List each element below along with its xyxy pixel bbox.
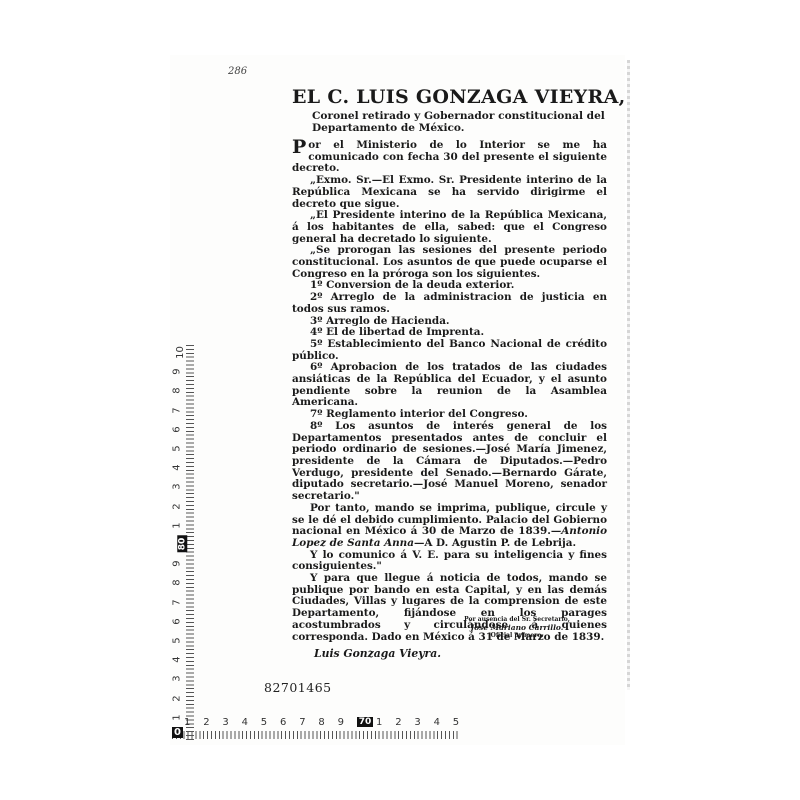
subtitle-line: Departamento de México. bbox=[312, 122, 607, 134]
ruler-label: 4 bbox=[172, 465, 183, 471]
ruler-label: 8 bbox=[172, 580, 183, 586]
ruler-zero: 0 bbox=[172, 727, 183, 738]
ruler-label: 10 bbox=[175, 346, 186, 359]
ruler-label: 6 bbox=[172, 426, 183, 432]
paragraph: „Exmo. Sr.—El Exmo. Sr. Presidente inter… bbox=[292, 175, 607, 210]
paragraph: „Se prorogan las sesiones del presente p… bbox=[292, 245, 607, 280]
ruler-label: 3 bbox=[172, 676, 183, 682]
vertical-ruler: 1098765432180987654321 bbox=[172, 345, 194, 740]
ruler-label: 8 bbox=[318, 717, 324, 728]
paragraph: „El Presidente interino de la República … bbox=[292, 210, 607, 245]
ruler-label: 80 bbox=[177, 536, 187, 553]
document-subtitle: Coronel retirado y Gobernador constituci… bbox=[292, 110, 607, 134]
ruler-label: 9 bbox=[172, 561, 183, 567]
decree-item: 5º Establecimiento del Banco Nacional de… bbox=[292, 339, 607, 362]
horizontal-ruler: 1234567897012345 bbox=[172, 717, 460, 739]
ruler-label: 6 bbox=[172, 618, 183, 624]
ruler-label: 9 bbox=[172, 369, 183, 375]
ruler-label: 7 bbox=[299, 717, 305, 728]
signature: Luis Gonzaga Vieyra. bbox=[292, 647, 607, 660]
countersignature: Por ausencia del Sr. Secretario, José Ma… bbox=[452, 616, 582, 640]
ruler-label: 3 bbox=[222, 717, 228, 728]
opening-paragraph: Por el Ministerio de lo Interior se me h… bbox=[292, 140, 607, 175]
ruler-label: 7 bbox=[172, 407, 183, 413]
ruler-label: 6 bbox=[280, 717, 286, 728]
document-title: EL C. LUIS GONZAGA VIEYRA, bbox=[292, 86, 607, 108]
catalog-number: 82701465 bbox=[264, 680, 332, 695]
ruler-label: 2 bbox=[395, 717, 401, 728]
ruler-label: 7 bbox=[172, 599, 183, 605]
decree-items: 1º Conversion de la deuda exterior.2º Ar… bbox=[292, 280, 607, 502]
ruler-label: 2 bbox=[172, 503, 183, 509]
document-body: Por el Ministerio de lo Interior se me h… bbox=[292, 140, 607, 643]
closing-paragraph: Por tanto, mando se imprima, publique, c… bbox=[292, 503, 607, 550]
ruler-label: 8 bbox=[172, 388, 183, 394]
ruler-label: 2 bbox=[172, 695, 183, 701]
closing-paragraph: Y lo comunico á V. E. para su inteligenc… bbox=[292, 550, 607, 573]
ruler-label: 9 bbox=[338, 717, 344, 728]
ruler-label: 5 bbox=[261, 717, 267, 728]
ruler-label: 1 bbox=[184, 717, 190, 728]
ruler-label: 3 bbox=[172, 484, 183, 490]
ruler-label: 5 bbox=[172, 445, 183, 451]
decree-document: EL C. LUIS GONZAGA VIEYRA, Coronel retir… bbox=[292, 86, 607, 660]
subtitle-line: Coronel retirado y Gobernador constituci… bbox=[312, 110, 607, 122]
ruler-label: 1 bbox=[376, 717, 382, 728]
decree-item: 2º Arreglo de la administracion de justi… bbox=[292, 292, 607, 315]
ruler-label: 2 bbox=[203, 717, 209, 728]
ruler-label: 3 bbox=[414, 717, 420, 728]
ruler-label: 70 bbox=[357, 717, 374, 727]
drop-cap: P bbox=[292, 140, 306, 154]
decree-item: 6º Aprobacion de los tratados de las ciu… bbox=[292, 362, 607, 409]
ruler-label: 5 bbox=[172, 637, 183, 643]
ruler-label: 4 bbox=[434, 717, 440, 728]
page-edge bbox=[627, 60, 630, 690]
folio-number: 286 bbox=[228, 66, 247, 77]
decree-item: 8º Los asuntos de interés general de los… bbox=[292, 421, 607, 503]
ruler-label: 5 bbox=[453, 717, 459, 728]
ruler-label: 1 bbox=[172, 522, 183, 528]
ruler-label: 4 bbox=[242, 717, 248, 728]
ruler-label: 4 bbox=[172, 657, 183, 663]
